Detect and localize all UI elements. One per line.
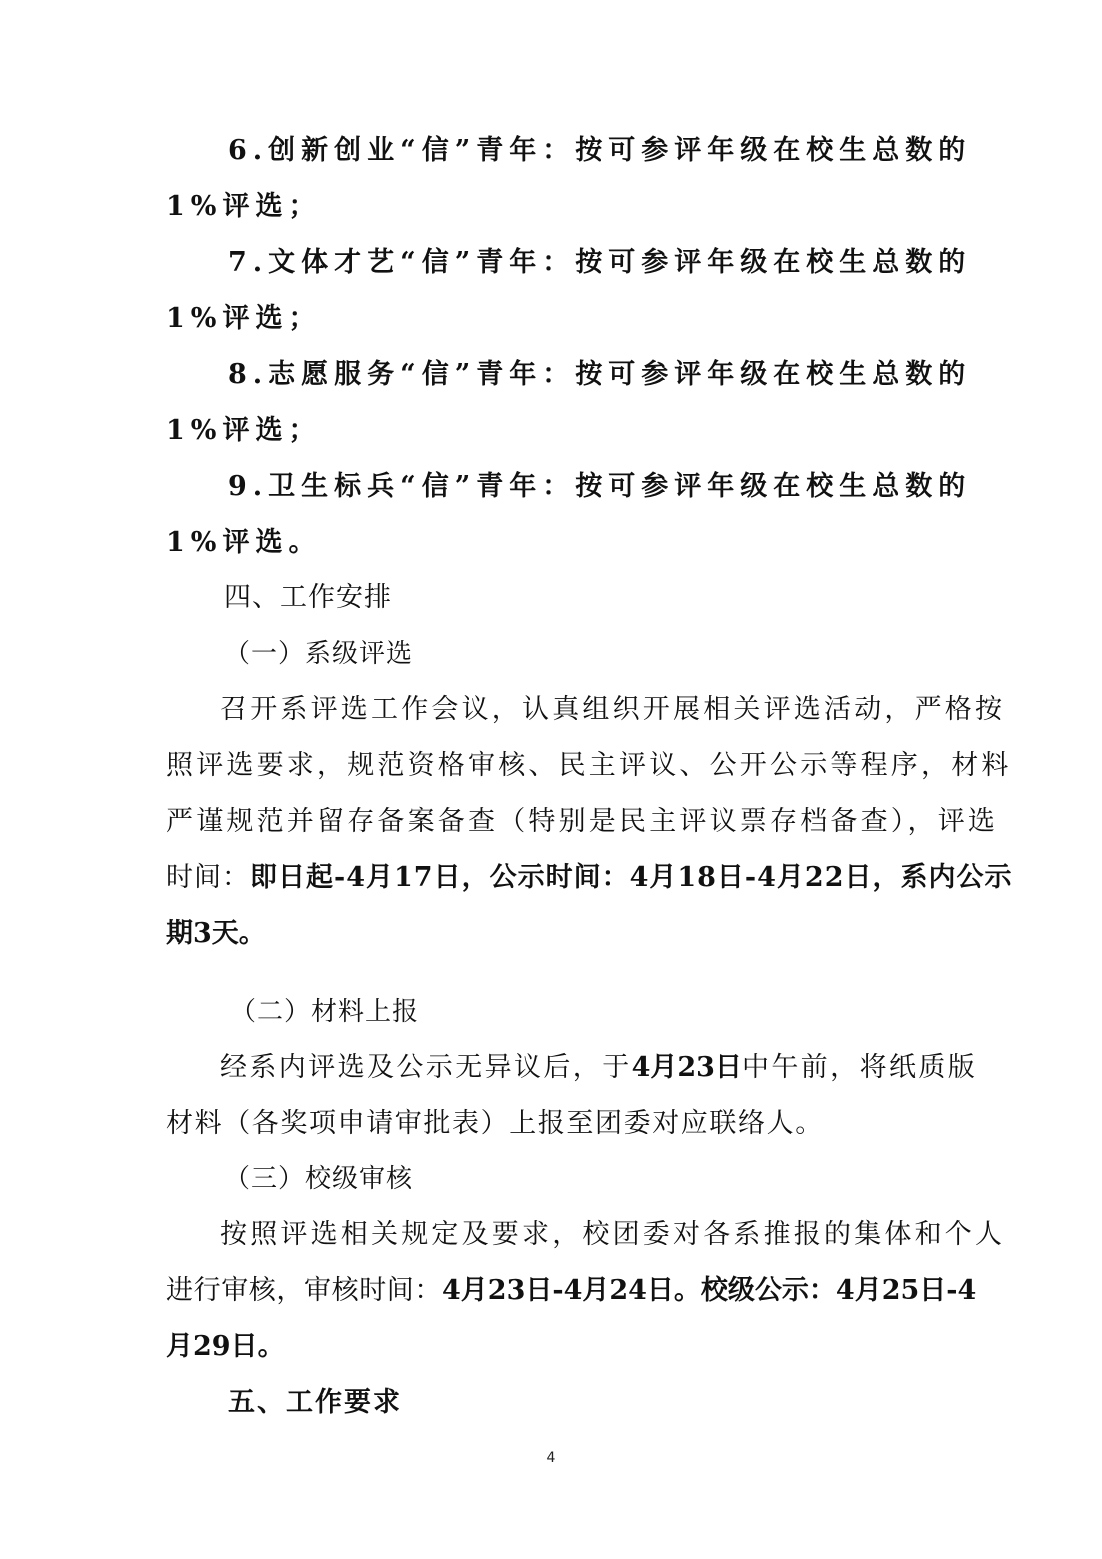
list-item-9-line2: 1%评选。 (166, 526, 936, 560)
document-page: 6.创新创业“信”青年：按可参评年级在校生总数的 1%评选； 7.文体才艺“信”… (0, 0, 1102, 1559)
paragraph-dept-selection-line2: 照评选要求，规范资格审核、民主评议、公开公示等程序，材料 (166, 749, 936, 783)
list-item-6-line2: 1%评选； (166, 190, 936, 224)
schedule-dates: 即日起-4月17日，公示时间：4月18日-4月22日，系内公示 (250, 862, 1013, 893)
page-number: 4 (0, 1450, 1102, 1466)
subsection-heading-dept-selection: （一）系级评选 (224, 637, 994, 671)
list-item-7-line1: 7.文体才艺“信”青年：按可参评年级在校生总数的 (228, 246, 998, 280)
paragraph-material-submission-line2: 材料（各奖项申请审批表）上报至团委对应联络人。 (166, 1107, 936, 1141)
submission-text-b: 中午前，将纸质版 (742, 1052, 977, 1083)
list-item-6-line1: 6.创新创业“信”青年：按可参评年级在校生总数的 (228, 134, 998, 168)
schedule-label: 时间： (166, 862, 250, 893)
submission-deadline: 4月23日 (632, 1052, 742, 1083)
list-item-8-line2: 1%评选； (166, 414, 936, 448)
paragraph-school-review-line1: 按照评选相关规定及要求，校团委对各系推报的集体和个人 (220, 1218, 990, 1252)
section-heading-work-arrangement: 四、工作安排 (224, 581, 994, 615)
paragraph-school-review-line3: 月29日。 (166, 1330, 936, 1364)
list-item-7-line2: 1%评选； (166, 302, 936, 336)
section-heading-work-requirements: 五、工作要求 (228, 1386, 998, 1420)
list-item-8-line1: 8.志愿服务“信”青年：按可参评年级在校生总数的 (228, 358, 998, 392)
subsection-heading-material-submission: （二）材料上报 (230, 995, 1000, 1029)
review-label: 进行审核，审核时间： (166, 1275, 442, 1306)
paragraph-dept-selection-line3: 严谨规范并留存备案备查（特别是民主评议票存档备查），评选 (166, 805, 936, 839)
review-dates: 4月23日-4月24日。校级公示：4月25日-4 (442, 1275, 976, 1306)
submission-text-a: 经系内评选及公示无异议后，于 (220, 1052, 632, 1083)
list-item-9-line1: 9.卫生标兵“信”青年：按可参评年级在校生总数的 (228, 470, 998, 504)
paragraph-material-submission-line1: 经系内评选及公示无异议后，于4月23日中午前，将纸质版 (220, 1051, 990, 1085)
paragraph-dept-selection-line1: 召开系评选工作会议，认真组织开展相关评选活动，严格按 (220, 693, 990, 727)
paragraph-dept-selection-line5: 期3天。 (166, 917, 936, 951)
subsection-heading-school-review: （三）校级审核 (224, 1162, 994, 1196)
paragraph-school-review-line2: 进行审核，审核时间：4月23日-4月24日。校级公示：4月25日-4 (166, 1274, 936, 1308)
paragraph-dept-selection-line4: 时间：即日起-4月17日，公示时间：4月18日-4月22日，系内公示 (166, 861, 936, 895)
